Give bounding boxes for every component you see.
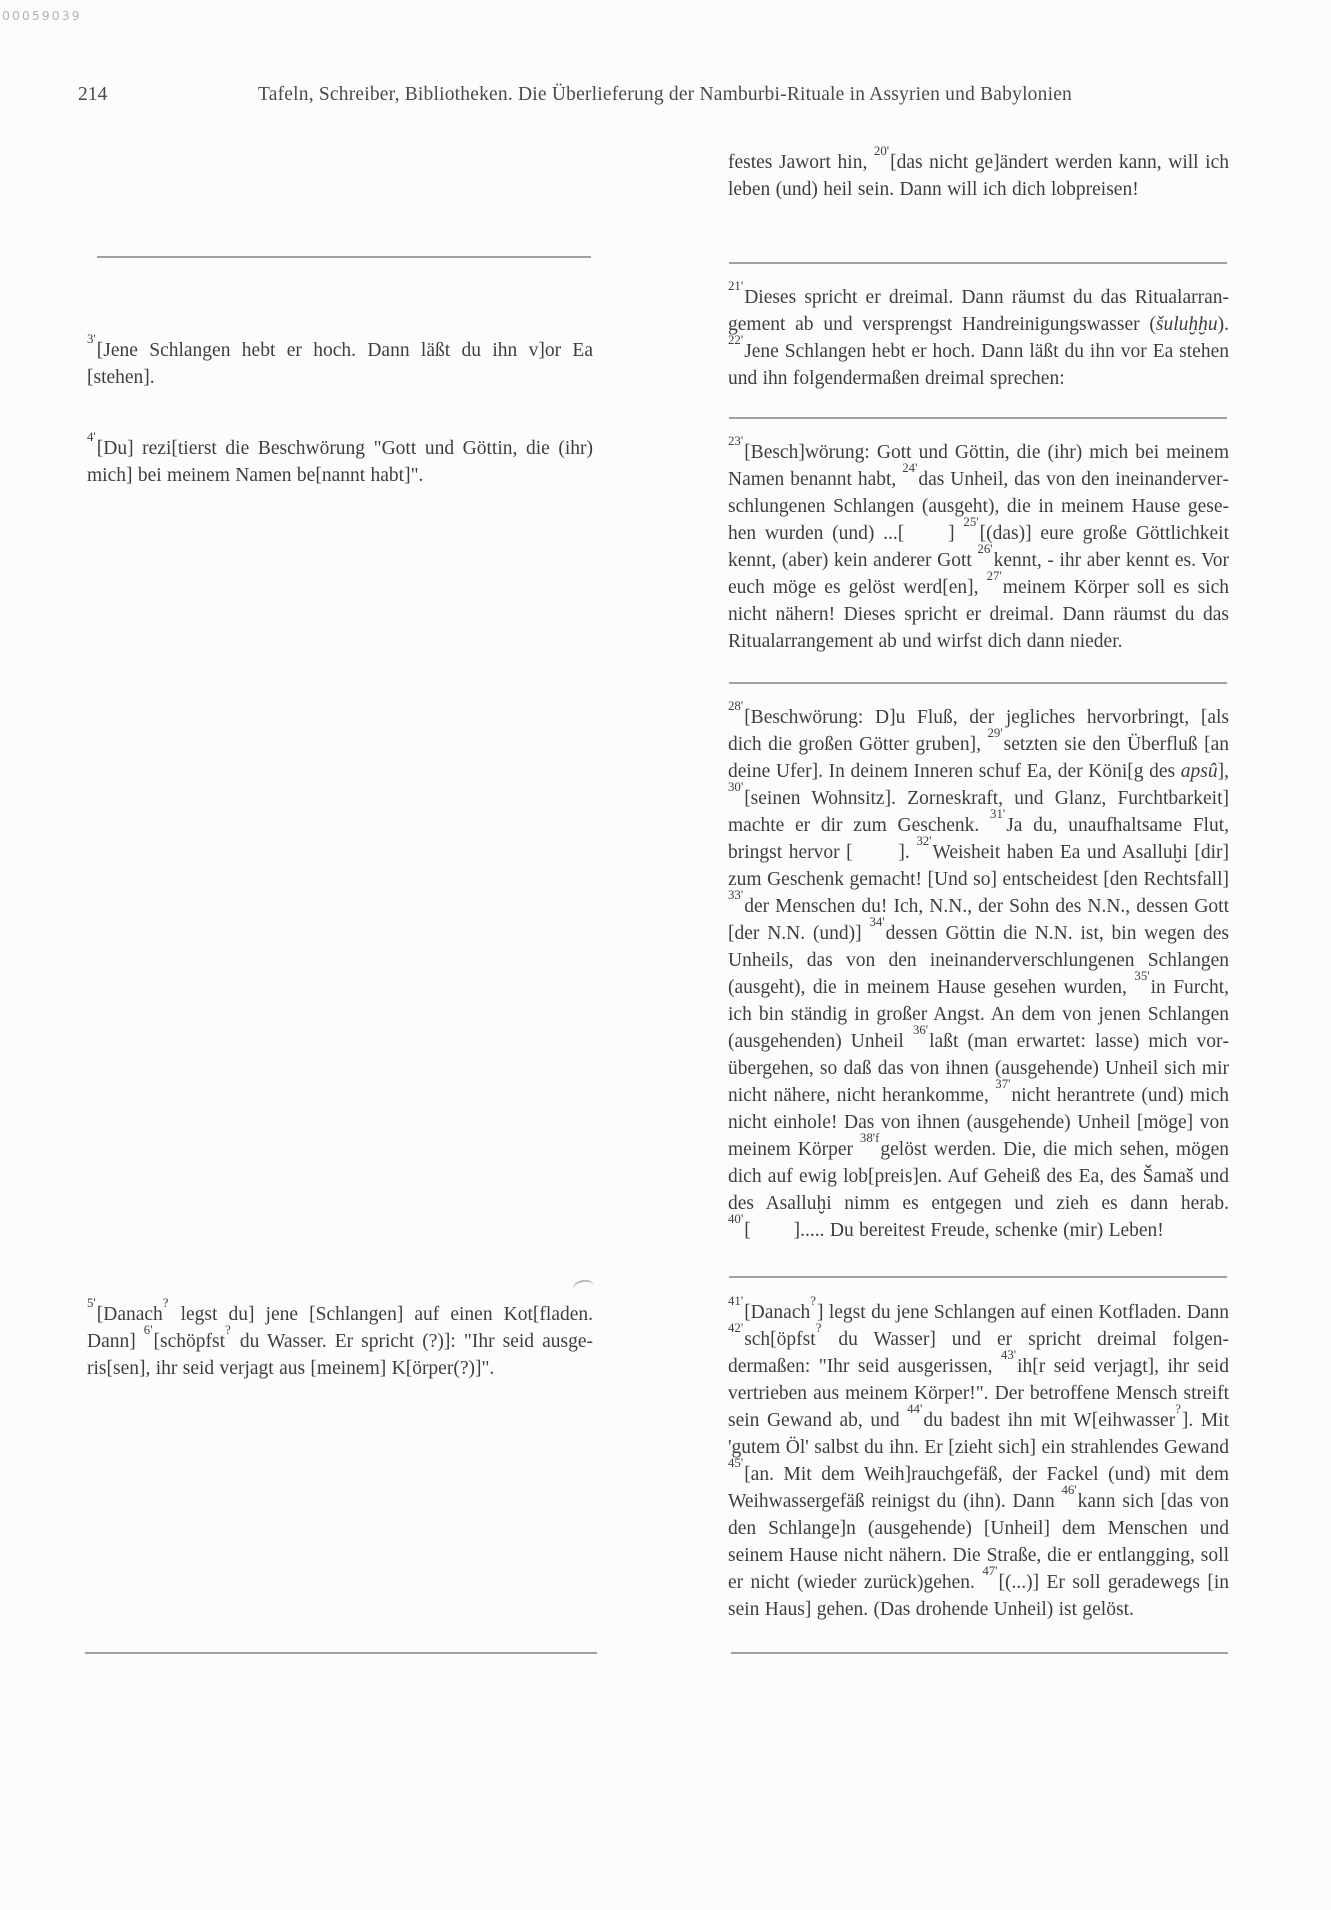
line-number-superscript: 45' <box>728 1456 743 1470</box>
separator-rule <box>729 262 1227 264</box>
left-paragraph-4: 4'[Du] rezi[tierst die Beschwörung "Gott… <box>87 435 593 489</box>
document-page: 00059039 214 Tafeln, Schreiber, Biblioth… <box>0 0 1331 1910</box>
separator-rule <box>729 682 1227 684</box>
line-number-superscript: 29' <box>987 726 1002 740</box>
line-number-superscript: 25' <box>963 515 978 529</box>
line-number-superscript: 3' <box>87 332 96 346</box>
line-number-superscript: 23' <box>728 434 743 448</box>
line-number-superscript: 34' <box>869 915 884 929</box>
right-paragraph-41: 41'[Danach?] legst du jene Schlangen auf… <box>728 1299 1229 1623</box>
line-number-superscript: 4' <box>87 430 96 444</box>
line-number-superscript: ? <box>810 1294 816 1308</box>
line-number-superscript: ? <box>816 1321 822 1335</box>
separator-rule <box>97 256 591 258</box>
right-paragraph-20: festes Jawort hin, 20'[das nicht ge]ände… <box>728 149 1229 203</box>
line-number-superscript: ? <box>1175 1402 1181 1416</box>
separator-rule <box>729 1276 1227 1278</box>
right-paragraph-23: 23'[Besch]wörung: Gott und Göttin, die (… <box>728 439 1229 655</box>
scan-number: 00059039 <box>2 8 82 23</box>
line-number-superscript: 21' <box>728 279 743 293</box>
line-number-superscript: 6' <box>144 1323 153 1337</box>
separator-rule <box>731 1652 1228 1654</box>
line-number-superscript: 40' <box>728 1212 743 1226</box>
line-number-superscript: 30' <box>728 780 743 794</box>
line-number-superscript: 31' <box>990 807 1005 821</box>
left-paragraph-5: 5'[Danach? legst du] jene [Schlangen] au… <box>87 1301 593 1382</box>
line-number-superscript: 41' <box>728 1294 743 1308</box>
right-paragraph-21: 21'Dieses spricht er dreimal. Dann räums… <box>728 284 1229 392</box>
italic-term: šuluḫḫu <box>1156 314 1218 335</box>
line-number-superscript: 36' <box>913 1023 928 1037</box>
line-number-superscript: 38'f <box>860 1131 879 1145</box>
line-number-superscript: 47' <box>982 1564 997 1578</box>
line-number-superscript: ? <box>225 1323 231 1337</box>
line-number-superscript: 24' <box>902 461 917 475</box>
separator-rule <box>729 417 1227 419</box>
line-number-superscript: 20' <box>874 144 889 158</box>
right-paragraph-28: 28'[Beschwörung: D]u Fluß, der jegliches… <box>728 704 1229 1244</box>
page-number: 214 <box>78 84 107 106</box>
line-number-superscript: ? <box>163 1296 169 1310</box>
line-number-superscript: 44' <box>907 1402 922 1416</box>
running-header: Tafeln, Schreiber, Bibliotheken. Die Übe… <box>140 84 1190 106</box>
scan-artifact <box>571 1278 594 1290</box>
line-number-superscript: 33' <box>728 888 743 902</box>
line-number-superscript: 37' <box>995 1077 1010 1091</box>
line-number-superscript: 42' <box>728 1321 743 1335</box>
line-number-superscript: 26' <box>977 542 992 556</box>
line-number-superscript: 28' <box>728 699 743 713</box>
line-number-superscript: 27' <box>987 569 1002 583</box>
italic-term: apsû <box>1181 761 1218 782</box>
line-number-superscript: 22' <box>728 333 743 347</box>
line-number-superscript: 32' <box>916 834 931 848</box>
line-number-superscript: 35' <box>1134 969 1149 983</box>
line-number-superscript: 46' <box>1061 1483 1076 1497</box>
line-number-superscript: 43' <box>1001 1348 1016 1362</box>
line-number-superscript: 5' <box>87 1296 96 1310</box>
left-paragraph-3: 3'[Jene Schlangen hebt er hoch. Dann läß… <box>87 337 593 391</box>
separator-rule <box>85 1652 597 1654</box>
